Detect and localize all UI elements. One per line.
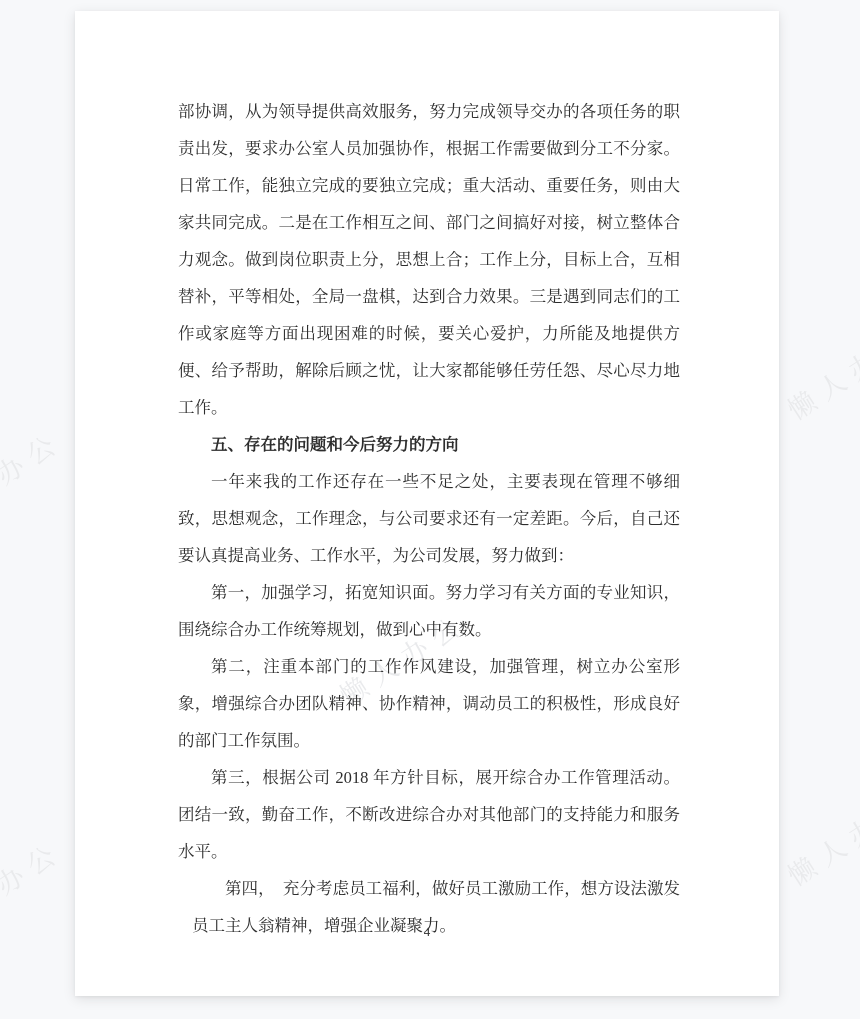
watermark-text: 懒人办公 xyxy=(0,830,69,941)
paragraph: 第一，加强学习，拓宽知识面。努力学习有关方面的专业知识，围绕综合办工作统筹规划，… xyxy=(178,574,680,648)
paragraph: 一年来我的工作还存在一些不足之处，主要表现在管理不够细致，思想观念，工作理念，与… xyxy=(178,463,680,574)
watermark-text: 懒人办公 xyxy=(779,782,860,893)
document-viewer: 懒人办公 懒人办公 懒人办公 懒人办公 懒人办公 部协调，从为领导提供高效服务，… xyxy=(0,0,860,1019)
paragraph: 第三，根据公司 2018 年方针目标，展开综合办工作管理活动。团结一致，勤奋工作… xyxy=(178,759,680,870)
section-heading: 五、存在的问题和今后努力的方向 xyxy=(178,426,680,463)
paragraph: 第二，注重本部门的工作作风建设，加强管理，树立办公室形象，增强综合办团队精神、协… xyxy=(178,648,680,759)
watermark-text: 懒人办公 xyxy=(779,316,860,427)
watermark-text: 懒人办公 xyxy=(0,420,69,531)
paragraph-continuation: 部协调，从为领导提供高效服务，努力完成领导交办的各项任务的职责出发，要求办公室人… xyxy=(178,93,680,426)
document-body: 部协调，从为领导提供高效服务，努力完成领导交办的各项任务的职责出发，要求办公室人… xyxy=(178,93,680,944)
page-number: 4 xyxy=(75,924,779,940)
